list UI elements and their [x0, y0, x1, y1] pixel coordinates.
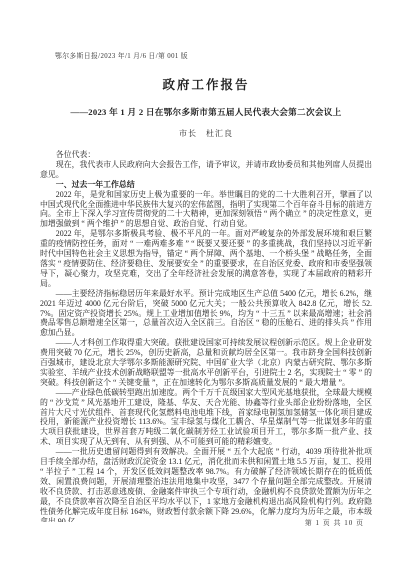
paragraph: ——人才科创工作取得重大突破。获批建设国家可持续发展议程创新示范区。规上企业研发… — [40, 338, 372, 388]
newspaper-source-line: 鄂尔多斯日报/2023 年/1 月/6 日/第 001 版 — [55, 50, 372, 60]
section-heading: 一、过去一年工作总结 — [40, 180, 372, 190]
paragraph: 各位代表： — [40, 150, 372, 160]
document-body: 各位代表：现在，我代表市人民政府向大会报告工作，请予审议，并请市政协委员和其他列… — [40, 150, 372, 522]
paragraph: 现在，我代表市人民政府向大会报告工作，请予审议，并请市政协委员和其他列席人员提出… — [40, 160, 372, 180]
report-subtitle: ——2023 年 1 月 2 日在鄂尔多斯市第五届人民代表大会第二次会议上 — [40, 106, 372, 118]
paragraph: ——一批历史遗留问题得到有效解决。全面开展 “ 五个大起底 ” 行动，4039 … — [40, 447, 372, 522]
paragraph: ——主要经济指标稳居历年来最好水平。预计完成地区生产总值 5400 亿元，增长 … — [40, 289, 372, 339]
byline-mayor: 市长 杜汇良 — [40, 128, 372, 139]
document-page: 鄂尔多斯日报/2023 年/1 月/6 日/第 001 版 政府工作报告 ——2… — [0, 0, 410, 580]
paragraph: 2022 年，是鄂尔多斯极具考验、极不平凡的一年。面对严峻复杂的外部发展环境和艰… — [40, 229, 372, 288]
page-number: 第 1 页 共 10 页 — [305, 518, 364, 528]
page-title: 政府工作报告 — [40, 75, 372, 93]
paragraph: 2022 年，是党和国家历史上极为重要的一年。举世瞩目的党的二十大胜利召开，擘画… — [40, 190, 372, 230]
paragraph: ——产业绿色低碳转型跑出加速度。两个千万千瓦级国家大型风光基地获批，全球最大规模… — [40, 388, 372, 447]
